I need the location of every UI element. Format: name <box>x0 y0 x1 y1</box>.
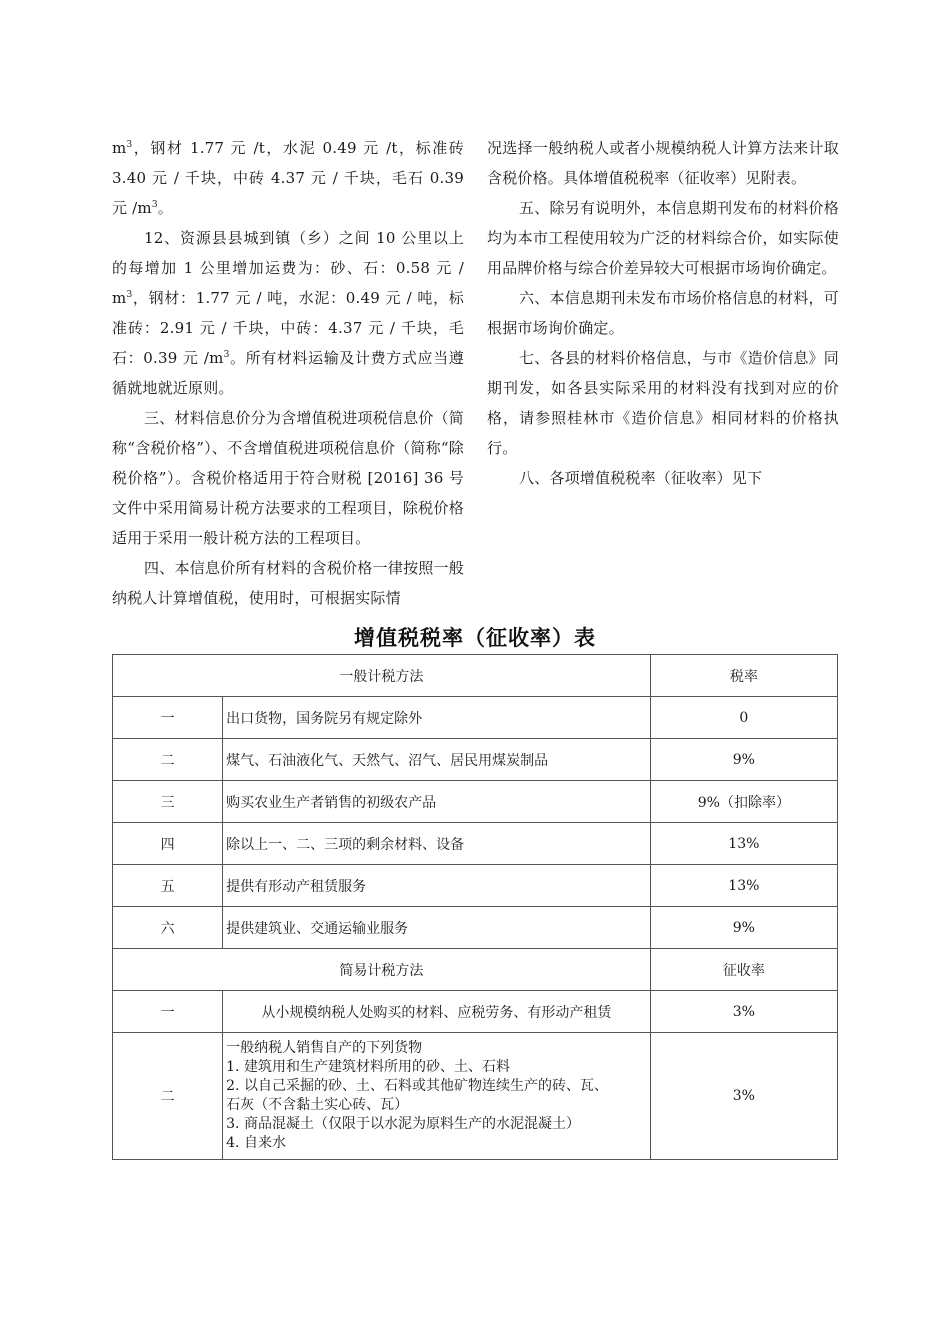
unit-text: m <box>112 139 126 157</box>
ziyuan-county-fee-paragraph: 12、资源县县城到镇（乡）之间 10 公里以上的每增加 1 公里增加运费为：砂、… <box>112 223 464 403</box>
row-rate: 0 <box>650 697 837 739</box>
row-description: 出口货物，国务院另有规定除外 <box>223 697 651 739</box>
price-classification-paragraph: 三、材料信息价分为含增值税进项税信息价（简称“含税价格”）、不含增值税进项税信息… <box>112 403 464 553</box>
table-row: 三 购买农业生产者销售的初级农产品 9%（扣除率） <box>113 781 838 823</box>
transport-fee-paragraph-continued: m3，钢材 1.77 元 /t，水泥 0.49 元 /t，标准砖 3.40 元 … <box>112 133 464 223</box>
levy-rate-header: 征收率 <box>650 949 837 991</box>
description-line: 石灰（不含黏土实心砖、瓦） <box>226 1096 647 1115</box>
table-title: 增值税税率（征收率）表 <box>0 622 950 652</box>
composite-price-paragraph: 五、除另有说明外，本信息期刊发布的材料价格均为本市工程使用较为广泛的材料综合价，… <box>487 193 839 283</box>
tax-price-paragraph: 四、本信息价所有材料的含税价格一律按照一般纳税人计算增值税，使用时，可根据实际情 <box>112 553 464 613</box>
row-number: 四 <box>113 823 223 865</box>
right-text-column: 况选择一般纳税人或者小规模纳税人计算方法来计取含税价格。具体增值税税率（征收率）… <box>487 133 839 493</box>
row-number: 一 <box>113 697 223 739</box>
market-inquiry-paragraph: 六、本信息期刊未发布市场价格信息的材料，可根据市场询价确定。 <box>487 283 839 343</box>
table-row: 二 一般纳税人销售自产的下列货物 1. 建筑用和生产建筑材料所用的砂、土、石料 … <box>113 1033 838 1160</box>
row-rate: 9% <box>650 907 837 949</box>
row-description: 煤气、石油液化气、天然气、沼气、居民用煤炭制品 <box>223 739 651 781</box>
row-rate: 3% <box>650 1033 837 1160</box>
row-rate: 3% <box>650 991 837 1033</box>
row-number: 一 <box>113 991 223 1033</box>
row-number: 六 <box>113 907 223 949</box>
row-description: 提供建筑业、交通运输业服务 <box>223 907 651 949</box>
row-number: 三 <box>113 781 223 823</box>
row-number: 五 <box>113 865 223 907</box>
general-method-header-row: 一般计税方法 税率 <box>113 655 838 697</box>
general-method-header: 一般计税方法 <box>113 655 651 697</box>
county-price-paragraph: 七、各县的材料价格信息，与市《造价信息》同期刊发，如各县实际采用的材料没有找到对… <box>487 343 839 463</box>
table-row: 一 出口货物，国务院另有规定除外 0 <box>113 697 838 739</box>
table-row: 四 除以上一、二、三项的剩余材料、设备 13% <box>113 823 838 865</box>
left-text-column: m3，钢材 1.77 元 /t，水泥 0.49 元 /t，标准砖 3.40 元 … <box>112 133 464 613</box>
table-row: 六 提供建筑业、交通运输业服务 9% <box>113 907 838 949</box>
row-description: 从小规模纳税人处购买的材料、应税劳务、有形动产租赁 <box>223 991 651 1033</box>
vat-rate-reference-paragraph: 八、各项增值税税率（征收率）见下 <box>487 463 839 493</box>
vat-rate-table: 一般计税方法 税率 一 出口货物，国务院另有规定除外 0 二 煤气、石油液化气、… <box>112 654 838 1160</box>
row-rate: 9%（扣除率） <box>650 781 837 823</box>
paragraph-text: 。 <box>158 199 173 217</box>
row-description: 提供有形动产租赁服务 <box>223 865 651 907</box>
row-number: 二 <box>113 739 223 781</box>
description-line: 1. 建筑用和生产建筑材料所用的砂、土、石料 <box>226 1058 647 1077</box>
description-line: 3. 商品混凝土（仅限于以水泥为原料生产的水泥混凝土） <box>226 1115 647 1134</box>
description-line: 一般纳税人销售自产的下列货物 <box>226 1039 647 1058</box>
tax-rate-header: 税率 <box>650 655 837 697</box>
row-rate: 13% <box>650 865 837 907</box>
table-row: 一 从小规模纳税人处购买的材料、应税劳务、有形动产租赁 3% <box>113 991 838 1033</box>
simple-method-header: 简易计税方法 <box>113 949 651 991</box>
row-number: 二 <box>113 1033 223 1160</box>
description-line: 2. 以自己采掘的砂、土、石料或其他矿物连续生产的砖、瓦、 <box>226 1077 647 1096</box>
table-row: 五 提供有形动产租赁服务 13% <box>113 865 838 907</box>
tax-price-paragraph-continued: 况选择一般纳税人或者小规模纳税人计算方法来计取含税价格。具体增值税税率（征收率）… <box>487 133 839 193</box>
row-rate: 9% <box>650 739 837 781</box>
row-rate: 13% <box>650 823 837 865</box>
simple-method-header-row: 简易计税方法 征收率 <box>113 949 838 991</box>
row-description-multiline: 一般纳税人销售自产的下列货物 1. 建筑用和生产建筑材料所用的砂、土、石料 2.… <box>223 1033 651 1160</box>
table-row: 二 煤气、石油液化气、天然气、沼气、居民用煤炭制品 9% <box>113 739 838 781</box>
row-description: 购买农业生产者销售的初级农产品 <box>223 781 651 823</box>
description-line: 4. 自来水 <box>226 1134 647 1153</box>
row-description: 除以上一、二、三项的剩余材料、设备 <box>223 823 651 865</box>
